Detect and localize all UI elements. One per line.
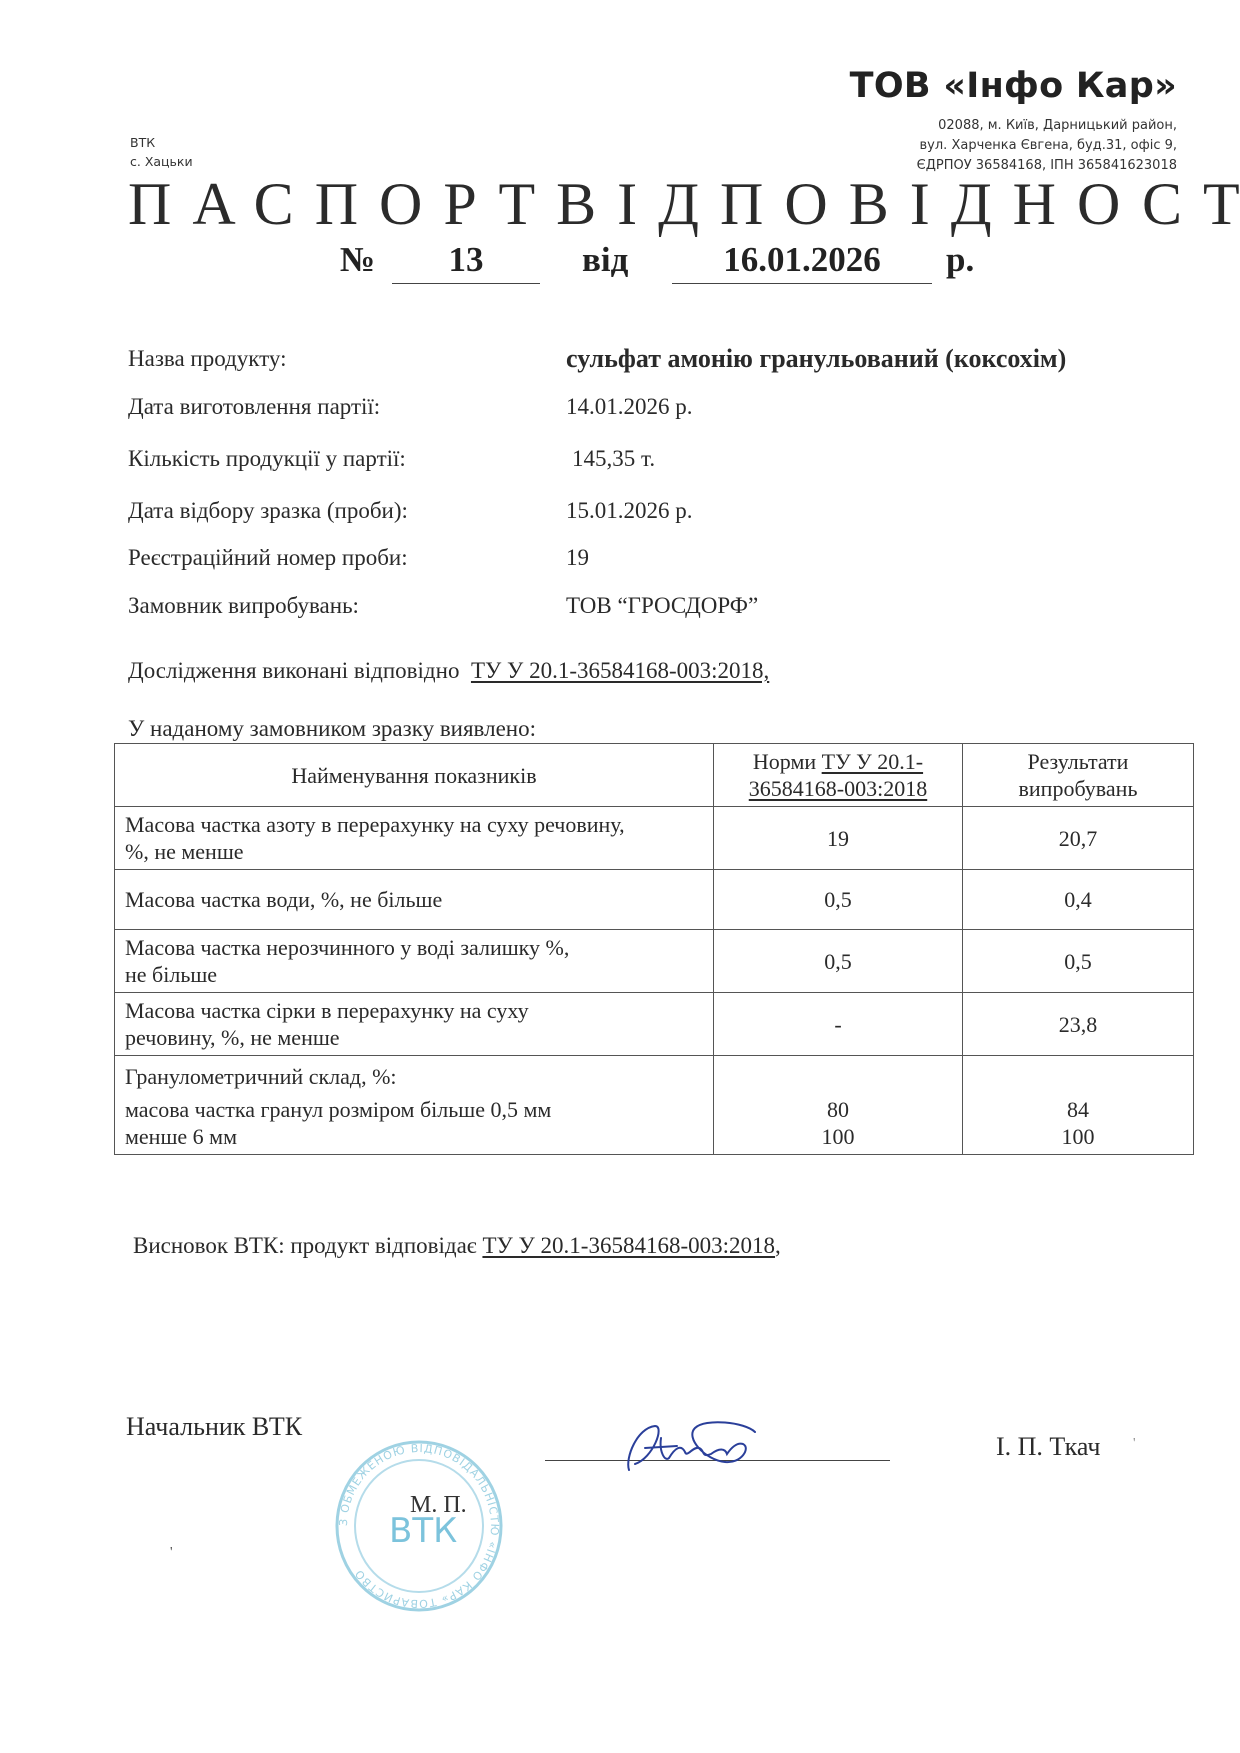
header-norm-standard-2: 36584168-003:2018 bbox=[724, 775, 952, 802]
number-sign: № bbox=[340, 240, 375, 280]
row-norm: 80 100 bbox=[714, 1056, 963, 1155]
company-address: 02088, м. Київ, Дарницький район, вул. Х… bbox=[917, 116, 1177, 176]
row-result: 0,4 bbox=[963, 870, 1194, 930]
info-value-production-date: 14.01.2026 р. bbox=[566, 394, 693, 420]
row-result-value: 84 bbox=[973, 1096, 1183, 1123]
conclusion-standard: ТУ У 20.1-36584168-003:2018 bbox=[482, 1233, 775, 1258]
row-norm: - bbox=[714, 993, 963, 1056]
department-block: ВТК с. Хацьки bbox=[130, 133, 193, 171]
company-address-line: 02088, м. Київ, Дарницький район, bbox=[917, 116, 1177, 136]
row-result: 0,5 bbox=[963, 930, 1194, 993]
row-indicator-line: %, не менше bbox=[125, 838, 703, 865]
from-label: від bbox=[582, 240, 628, 280]
row-norm: 0,5 bbox=[714, 870, 963, 930]
info-value-product: сульфат амонію гранульований (коксохім) bbox=[566, 344, 1066, 374]
company-address-line: вул. Харченка Євгена, буд.31, офіс 9, bbox=[917, 136, 1177, 156]
header-norm-standard-1: ТУ У 20.1- bbox=[822, 749, 923, 774]
results-table: Найменування показників Норми ТУ У 20.1-… bbox=[114, 743, 1194, 1155]
row-indicator-line: менше 6 мм bbox=[125, 1123, 703, 1150]
row-norm: 19 bbox=[714, 807, 963, 870]
row-indicator: Масова частка нерозчинного у воді залишк… bbox=[115, 930, 714, 993]
row-result: 20,7 bbox=[963, 807, 1194, 870]
table-row: Масова частка води, %, не більше 0,5 0,4 bbox=[115, 870, 1194, 930]
row-indicator-line: Масова частка сірки в перерахунку на сух… bbox=[125, 997, 703, 1024]
row-result: 84 100 bbox=[963, 1056, 1194, 1155]
header-result-line1: Результати bbox=[973, 748, 1183, 775]
table-row-granulometry: Гранулометричний склад, %: масова частка… bbox=[115, 1056, 1194, 1155]
conclusion: Висновок ВТК: продукт відповідає ТУ У 20… bbox=[133, 1233, 781, 1259]
title-word-conformity: ВІДПОВІДНОСТІ bbox=[556, 170, 1240, 239]
table-header-row: Найменування показників Норми ТУ У 20.1-… bbox=[115, 744, 1194, 807]
row-indicator: Масова частка сірки в перерахунку на сух… bbox=[115, 993, 714, 1056]
row-indicator-line: Масова частка нерозчинного у воді залишк… bbox=[125, 934, 703, 961]
info-label-product: Назва продукту: bbox=[128, 346, 286, 372]
header-norm: Норми ТУ У 20.1- 36584168-003:2018 bbox=[714, 744, 963, 807]
signer-position: Начальник ВТК bbox=[126, 1412, 302, 1442]
info-label-quantity: Кількість продукції у партії: bbox=[128, 446, 406, 472]
research-standard: ТУ У 20.1-36584168-003:2018, bbox=[471, 658, 769, 683]
header-result-line2: випробувань bbox=[973, 775, 1183, 802]
stamp-label: М. П. bbox=[410, 1492, 467, 1519]
info-label-sample-number: Реєстраційний номер проби: bbox=[128, 545, 408, 571]
row-norm-value: 80 bbox=[724, 1096, 952, 1123]
mark: ' bbox=[1133, 1436, 1136, 1452]
row-result-value: 100 bbox=[973, 1123, 1183, 1150]
signature-icon bbox=[615, 1418, 775, 1476]
info-value-sample-date: 15.01.2026 р. bbox=[566, 498, 693, 524]
row-indicator-line: Масова частка води, %, не більше bbox=[125, 886, 703, 913]
row-indicator: Гранулометричний склад, %: масова частка… bbox=[115, 1056, 714, 1155]
header-result: Результати випробувань bbox=[963, 744, 1194, 807]
row-result: 23,8 bbox=[963, 993, 1194, 1056]
row-indicator-line: речовину, %, не менше bbox=[125, 1024, 703, 1051]
row-norm: 0,5 bbox=[714, 930, 963, 993]
row-indicator-line: масова частка гранул розміром більше 0,5… bbox=[125, 1096, 703, 1123]
info-label-sample-date: Дата відбору зразка (проби): bbox=[128, 498, 408, 524]
info-label-customer: Замовник випробувань: bbox=[128, 593, 359, 619]
title-word-passport: ПАСПОРТ bbox=[128, 170, 556, 239]
row-indicator-line: Масова частка азоту в перерахунку на сух… bbox=[125, 811, 703, 838]
table-row: Масова частка нерозчинного у воді залишк… bbox=[115, 930, 1194, 993]
stamp-icon: З ОБМЕЖЕНОЮ ВІДПОВІДАЛЬНІСТЮ «ІНФО КАР» … bbox=[331, 1438, 507, 1614]
row-indicator: Масова частка води, %, не більше bbox=[115, 870, 714, 930]
found-label: У наданому замовником зразку виявлено: bbox=[128, 716, 536, 742]
department-location: с. Хацьки bbox=[130, 152, 193, 171]
info-value-sample-number: 19 bbox=[566, 545, 589, 571]
info-value-customer: ТОВ “ГРОСДОРФ” bbox=[566, 593, 758, 619]
table-row: Масова частка сірки в перерахунку на сух… bbox=[115, 993, 1194, 1056]
header-indicator-name: Найменування показників bbox=[115, 744, 714, 807]
row-indicator-line: Гранулометричний склад, %: bbox=[125, 1063, 703, 1090]
conclusion-suffix: , bbox=[775, 1233, 781, 1258]
document-date: 16.01.2026 bbox=[672, 240, 932, 284]
conclusion-prefix: Висновок ВТК: продукт відповідає bbox=[133, 1233, 477, 1258]
document-title: ПАСПОРТ ВІДПОВІДНОСТІ bbox=[128, 170, 1183, 239]
header-norm-prefix: Норми bbox=[753, 749, 822, 774]
row-indicator-line: не більше bbox=[125, 961, 703, 988]
info-label-production-date: Дата виготовлення партії: bbox=[128, 394, 380, 420]
info-value-quantity: 145,35 т. bbox=[572, 446, 655, 472]
signer-name: І. П. Ткач bbox=[996, 1432, 1100, 1462]
research-prefix: Дослідження виконані відповідно bbox=[128, 658, 459, 683]
department-name: ВТК bbox=[130, 133, 193, 152]
company-name: ТОВ «Інфо Кар» bbox=[850, 66, 1177, 106]
document-number: 13 bbox=[392, 240, 540, 284]
research-statement: Дослідження виконані відповідно ТУ У 20.… bbox=[128, 658, 769, 684]
year-suffix: р. bbox=[946, 240, 974, 280]
row-indicator: Масова частка азоту в перерахунку на сух… bbox=[115, 807, 714, 870]
row-norm-value: 100 bbox=[724, 1123, 952, 1150]
table-row: Масова частка азоту в перерахунку на сух… bbox=[115, 807, 1194, 870]
mark: ' bbox=[170, 1545, 173, 1561]
